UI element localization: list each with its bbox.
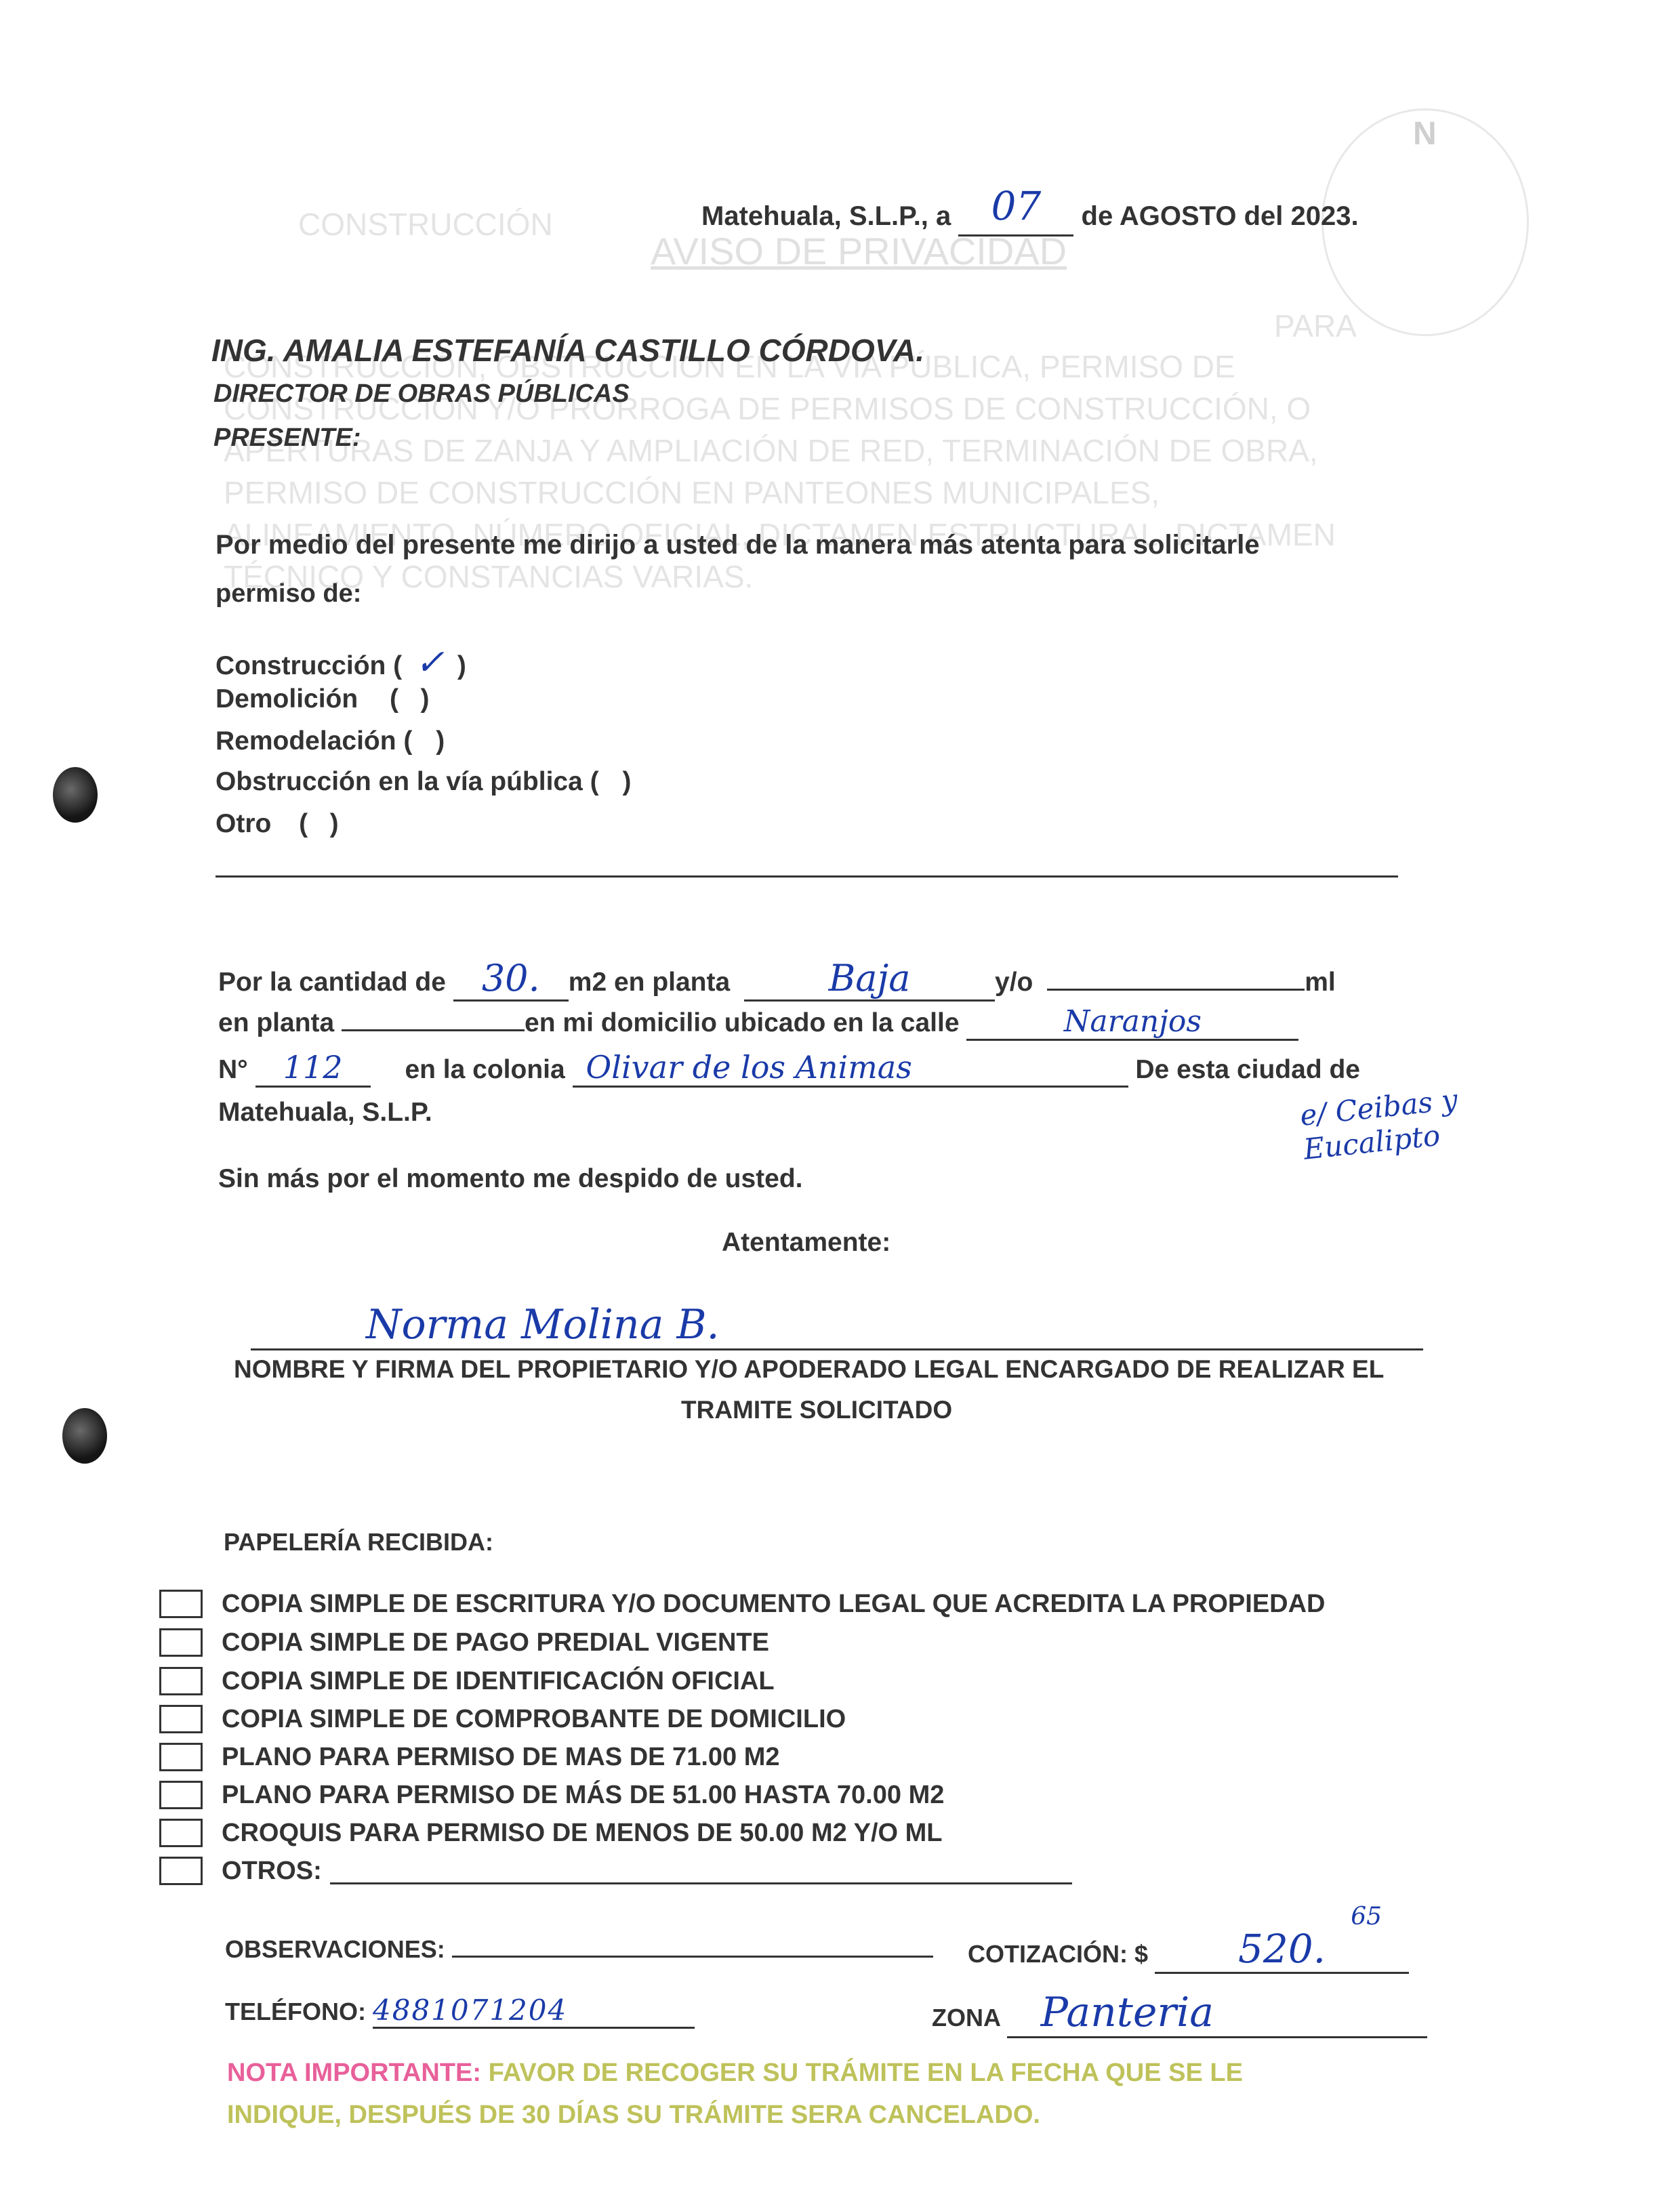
papeleria-item: COPIA SIMPLE DE ESCRITURA Y/O DOCUMENTO … bbox=[159, 1586, 1326, 1622]
cotizacion-field[interactable]: 520. 65 bbox=[1155, 1926, 1409, 1974]
city: Matehuala, S.L.P. bbox=[218, 1098, 432, 1128]
addressee-position: DIRECTOR DE OBRAS PÚBLICAS bbox=[213, 379, 630, 409]
papeleria-title: PAPELERÍA RECIBIDA: bbox=[224, 1528, 493, 1556]
option-remodelacion[interactable]: Remodelación ( ) bbox=[216, 726, 445, 756]
zona-row: ZONA Panteria bbox=[932, 1989, 1427, 2038]
papeleria-item: COPIA SIMPLE DE PAGO PREDIAL VIGENTE bbox=[159, 1624, 769, 1661]
cotizacion-row: COTIZACIÓN: $ 520. 65 bbox=[968, 1926, 1409, 1974]
place-prefix: Matehuala, S.L.P., a bbox=[701, 201, 951, 231]
signature-caption-line-2: TRAMITE SOLICITADO bbox=[681, 1396, 952, 1424]
checkbox[interactable] bbox=[159, 1819, 203, 1847]
day-value: 07 bbox=[991, 183, 1042, 229]
bleed-through-compass-letter: N bbox=[1413, 115, 1437, 152]
papeleria-item: PLANO PARA PERMISO DE MÁS DE 51.00 HASTA… bbox=[159, 1777, 944, 1813]
checkbox[interactable] bbox=[159, 1781, 203, 1809]
colonia-field[interactable]: Olivar de los Animas bbox=[573, 1049, 1128, 1088]
papeleria-item: PLANO PARA PERMISO DE MAS DE 71.00 M2 bbox=[159, 1739, 780, 1775]
option-construccion[interactable]: Construcción ( ✓ ) bbox=[216, 642, 466, 683]
option-demolicion[interactable]: Demolición ( ) bbox=[216, 684, 430, 714]
option-otro[interactable]: Otro ( ) bbox=[216, 809, 339, 839]
checkbox[interactable] bbox=[159, 1857, 203, 1885]
ml-field[interactable] bbox=[1047, 989, 1305, 991]
intro-line-2: permiso de: bbox=[216, 579, 361, 608]
numero-field[interactable]: 112 bbox=[255, 1049, 371, 1088]
address-line: en planta en mi domicilio ubicado en la … bbox=[218, 1004, 1298, 1041]
intro-line-1: Por medio del presente me dirijo a usted… bbox=[216, 530, 1260, 560]
bleed-through-title: AVISO DE PRIVACIDAD bbox=[651, 230, 1067, 272]
otro-line[interactable] bbox=[216, 875, 1398, 878]
papeleria-item: OTROS: bbox=[159, 1853, 1072, 1889]
papeleria-item: COPIA SIMPLE DE IDENTIFICACIÓN OFICIAL bbox=[159, 1663, 775, 1699]
telefono-field[interactable]: 4881071204 bbox=[373, 1994, 695, 2029]
en-planta-field[interactable] bbox=[342, 1029, 525, 1031]
quantity-field[interactable]: 30. bbox=[453, 957, 569, 1002]
farewell: Sin más por el momento me despido de ust… bbox=[218, 1164, 803, 1194]
bleed-through-line: APERTURAS DE ZANJA Y AMPLIACIÓN DE RED, … bbox=[224, 430, 1318, 472]
atentamente: Atentamente: bbox=[722, 1228, 890, 1258]
greeting: PRESENTE: bbox=[213, 424, 361, 453]
checkbox[interactable] bbox=[159, 1590, 203, 1618]
day-field[interactable]: 07 bbox=[958, 188, 1073, 236]
bleed-through-header: CONSTRUCCIÓN bbox=[298, 203, 553, 245]
checkbox[interactable] bbox=[159, 1667, 203, 1695]
quantity-line: Por la cantidad de 30. m2 en planta Baja… bbox=[218, 957, 1336, 1002]
telefono-row: TELÉFONO: 4881071204 bbox=[225, 1994, 695, 2029]
option-obstruccion[interactable]: Obstrucción en la vía pública ( ) bbox=[216, 767, 631, 797]
checkbox[interactable] bbox=[159, 1743, 203, 1771]
observaciones-row: OBSERVACIONES: bbox=[225, 1931, 933, 1964]
checkbox[interactable] bbox=[159, 1628, 203, 1657]
planta-field[interactable]: Baja bbox=[744, 957, 995, 1002]
nota-line-1: NOTA IMPORTANTE: FAVOR DE RECOGER SU TRÁ… bbox=[227, 2059, 1243, 2088]
cotizacion-cents: 65 bbox=[1351, 1903, 1382, 1931]
date-suffix: de AGOSTO del 2023. bbox=[1082, 201, 1359, 231]
check-mark: ✓ bbox=[409, 642, 450, 683]
signature-line[interactable] bbox=[251, 1348, 1423, 1350]
addressee-name: ING. AMALIA ESTEFANÍA CASTILLO CÓRDOVA. bbox=[211, 332, 924, 369]
papeleria-item: CROQUIS PARA PERMISO DE MENOS DE 50.00 M… bbox=[159, 1815, 943, 1851]
number-line: N° 112 en la colonia Olivar de los Anima… bbox=[218, 1049, 1360, 1088]
checkbox[interactable] bbox=[159, 1705, 203, 1733]
punch-hole bbox=[62, 1408, 107, 1464]
bleed-through-line: PERMISO DE CONSTRUCCIÓN EN PANTEONES MUN… bbox=[224, 472, 1160, 514]
signature-caption-line-1: NOMBRE Y FIRMA DEL PROPIETARIO Y/O APODE… bbox=[234, 1355, 1384, 1384]
papeleria-item: COPIA SIMPLE DE COMPROBANTE DE DOMICILIO bbox=[159, 1701, 846, 1737]
nota-line-2: INDIQUE, DESPUÉS DE 30 DÍAS SU TRÁMITE S… bbox=[227, 2101, 1040, 2130]
calle-field[interactable]: Naranjos bbox=[966, 1004, 1298, 1041]
date-line: Matehuala, S.L.P., a 07 de AGOSTO del 20… bbox=[701, 188, 1359, 236]
punch-hole bbox=[53, 767, 98, 823]
bleed-through-line: PARA bbox=[1274, 305, 1357, 347]
observaciones-field[interactable] bbox=[452, 1931, 933, 1958]
zona-field[interactable]: Panteria bbox=[1007, 1989, 1427, 2038]
nota-label: NOTA IMPORTANTE: bbox=[227, 2059, 481, 2087]
otros-field[interactable] bbox=[330, 1858, 1072, 1884]
signature: Norma Molina B. bbox=[366, 1301, 720, 1348]
